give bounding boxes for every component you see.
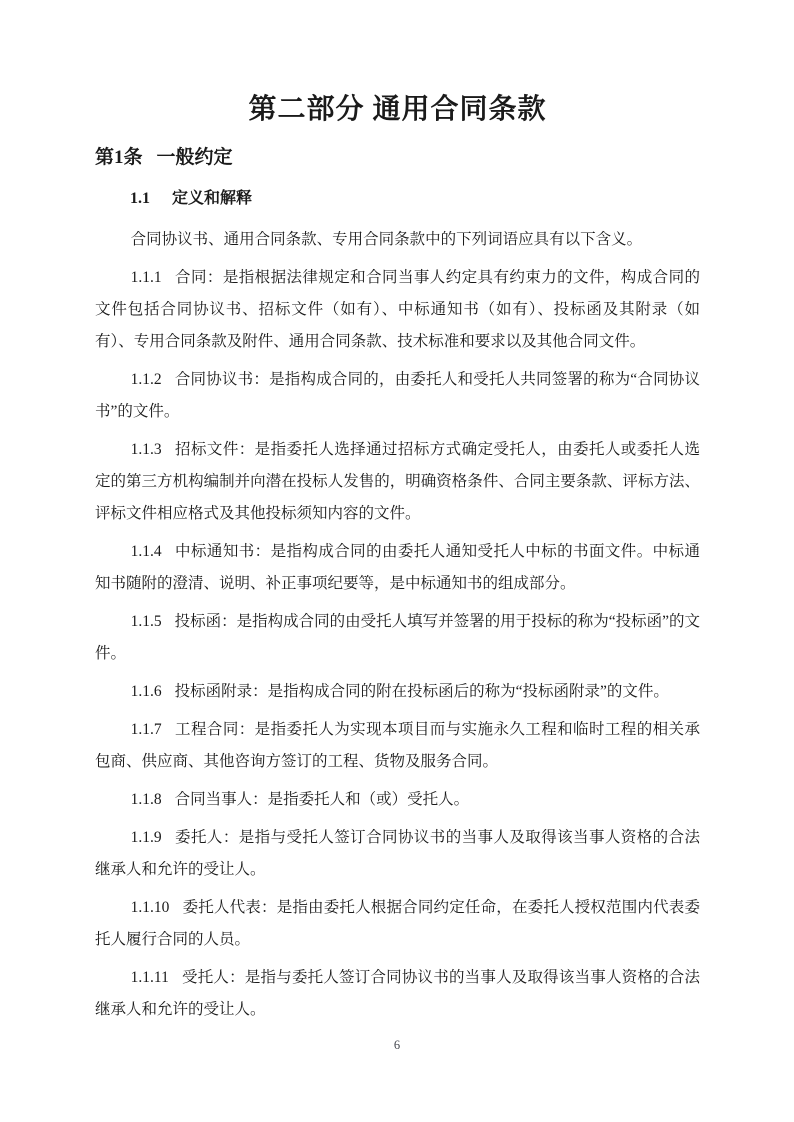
section-heading: 1.1定义和解释 [130,186,700,212]
definition-paragraph: 1.1.6投标函附录：是指构成合同的附在投标函后的称为“投标函附录”的文件。 [95,676,700,708]
definition-number: 1.1.4 [131,543,162,560]
definition-number: 1.1.10 [131,899,170,916]
definition-term: 投标函附录： [175,683,268,700]
definition-paragraph: 1.1.11受托人：是指与委托人签订合同协议书的当事人及取得该当事人资格的合法继… [95,962,700,1026]
page-title: 第二部分 通用合同条款 [95,0,700,128]
page-number: 6 [0,1037,794,1053]
definition-number: 1.1.3 [131,441,162,458]
intro-paragraph: 合同协议书、通用合同条款、专用合同条款中的下列词语应具有以下含义。 [95,224,700,256]
definition-term: 合同协议书： [175,371,269,388]
definition-paragraph: 1.1.8合同当事人：是指委托人和（或）受托人。 [95,784,700,816]
section-title: 定义和解释 [172,190,252,207]
article-title: 一般约定 [157,147,233,168]
definition-number: 1.1.8 [131,791,162,808]
definition-number: 1.1.7 [131,721,162,738]
definition-number: 1.1.11 [131,969,169,986]
definition-term: 委托人： [175,829,239,846]
definition-paragraph: 1.1.3招标文件：是指委托人选择通过招标方式确定受托人，由委托人或委托人选定的… [95,434,700,530]
definition-term: 委托人代表： [182,899,276,916]
definition-paragraph: 1.1.1合同：是指根据法律规定和合同当事人约定具有约束力的文件，构成合同的文件… [95,262,700,358]
definition-number: 1.1.9 [131,829,162,846]
article-number: 第1条 [95,147,143,168]
definition-term: 投标函： [175,613,237,630]
definition-term: 合同当事人： [175,791,268,808]
definition-paragraph: 1.1.7工程合同：是指委托人为实现本项目而与实施永久工程和临时工程的相关承包商… [95,714,700,778]
section-number: 1.1 [130,190,150,207]
article-heading: 第1条一般约定 [95,144,700,172]
definition-number: 1.1.6 [131,683,162,700]
definition-term: 合同： [175,269,223,286]
definition-term: 中标通知书： [175,543,271,560]
definitions-list: 1.1.1合同：是指根据法律规定和合同当事人约定具有约束力的文件，构成合同的文件… [95,262,700,1026]
definition-body: 是指委托人和（或）受托人。 [268,791,470,808]
document-page: 第二部分 通用合同条款 第1条一般约定 1.1定义和解释 合同协议书、通用合同条… [0,0,794,1122]
definition-term: 招标文件： [175,441,255,458]
definition-number: 1.1.1 [131,269,162,286]
definition-paragraph: 1.1.5投标函：是指构成合同的由受托人填写并签署的用于投标的称为“投标函”的文… [95,606,700,670]
definition-number: 1.1.2 [131,371,162,388]
definition-paragraph: 1.1.2合同协议书：是指构成合同的，由委托人和受托人共同签署的称为“合同协议书… [95,364,700,428]
definition-body: 是指构成合同的附在投标函后的称为“投标函附录”的文件。 [268,683,669,700]
definition-paragraph: 1.1.10委托人代表：是指由委托人根据合同约定任命，在委托人授权范围内代表委托… [95,892,700,956]
definition-paragraph: 1.1.9委托人：是指与受托人签订合同协议书的当事人及取得该当事人资格的合法继承… [95,822,700,886]
definition-paragraph: 1.1.4中标通知书：是指构成合同的由委托人通知受托人中标的书面文件。中标通知书… [95,536,700,600]
definition-term: 受托人： [182,969,245,986]
definition-term: 工程合同： [175,721,255,738]
definition-number: 1.1.5 [131,613,162,630]
